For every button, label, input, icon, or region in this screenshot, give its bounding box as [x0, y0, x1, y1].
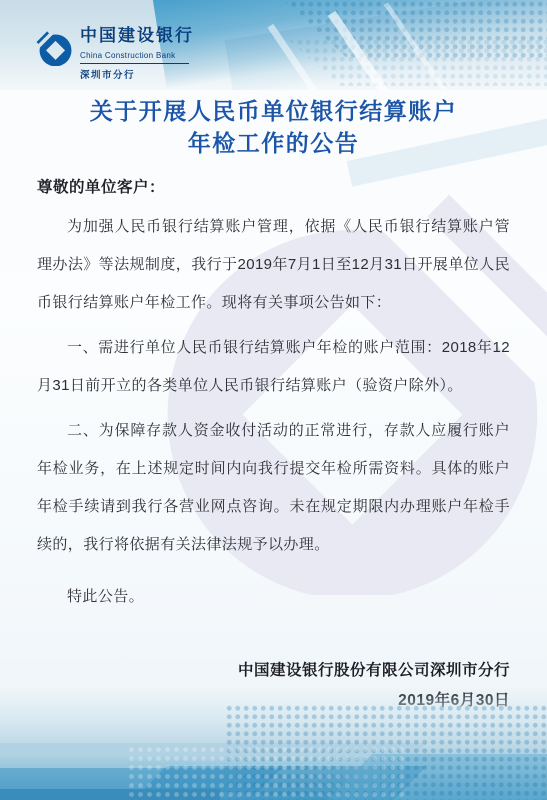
- notice-title-line1: 关于开展人民币单位银行结算账户: [0, 95, 547, 127]
- halftone-dots-bottom-light: [127, 745, 407, 800]
- bank-name-cn: 中国建设银行: [80, 27, 194, 45]
- notice-body: 关于开展人民币单位银行结算账户 年检工作的公告 尊敬的单位客户： 为加强人民币银…: [0, 90, 547, 716]
- paragraph-intro: 为加强人民币银行结算账户管理，依据《人民币银行结算账户管理办法》等法规制度，我行…: [37, 208, 510, 322]
- bank-name-block: 中国建设银行 China Construction Bank 深圳市分行: [80, 27, 194, 81]
- bank-brand-block: 中国建设银行 China Construction Bank 深圳市分行: [35, 27, 194, 81]
- paragraph-item-2: 二、为保障存款人资金收付活动的正常进行，存款人应履行账户年检业务，在上述规定时间…: [37, 412, 510, 564]
- closing-line: 特此公告。: [37, 578, 510, 616]
- bank-branch: 深圳市分行: [80, 67, 194, 81]
- salutation: 尊敬的单位客户：: [37, 175, 510, 201]
- header-banner: 中国建设银行 China Construction Bank 深圳市分行: [0, 0, 547, 90]
- bank-name-en: China Construction Bank: [80, 50, 189, 64]
- ccb-logo-icon: [35, 28, 73, 66]
- signature-org: 中国建设银行股份有限公司深圳市分行: [37, 656, 510, 686]
- paragraph-item-1: 一、需进行单位人民币银行结算账户年检的账户范围：2018年12月31日前开立的各…: [37, 329, 510, 405]
- footer-banner: [0, 688, 547, 800]
- announcement-page: 中国建设银行 China Construction Bank 深圳市分行 关于开…: [0, 0, 547, 800]
